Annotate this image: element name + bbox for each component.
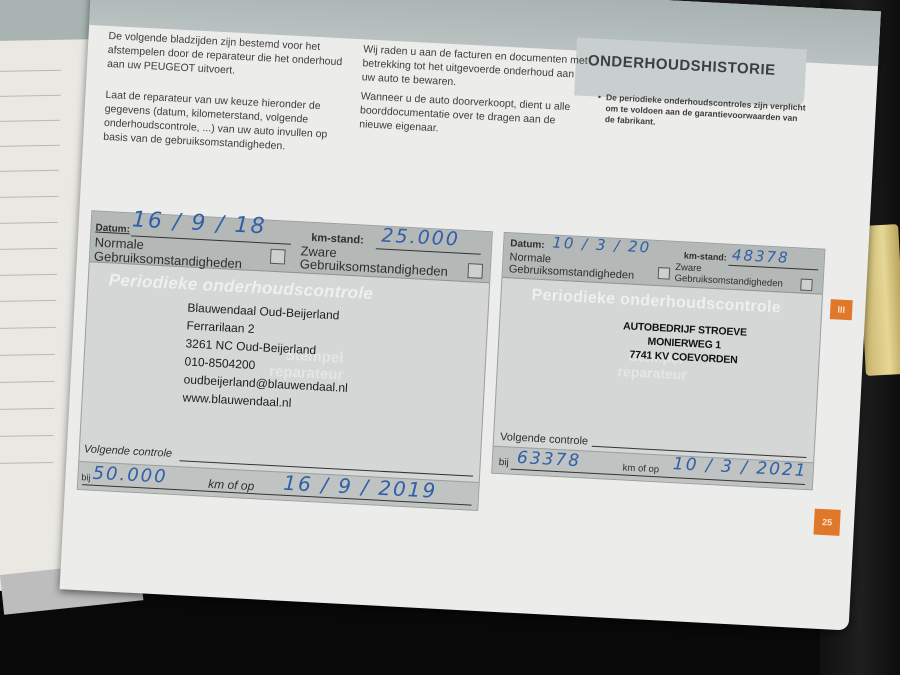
next-km-value: 63378 bbox=[517, 448, 582, 471]
bullet-icon: • bbox=[598, 92, 602, 103]
intro-paragraph: De volgende bladzijden zijn bestemd voor… bbox=[107, 29, 354, 84]
note-line bbox=[0, 408, 54, 410]
next-km-value: 50.000 bbox=[92, 463, 168, 488]
service-entry-1: Datum: 16 / 9 / 18 km-stand: 25.000 Norm… bbox=[77, 210, 493, 511]
heavy-conditions-label-2: Gebruiksomstandigheden bbox=[300, 257, 449, 279]
next-service-label: Volgende controle bbox=[84, 443, 173, 460]
km-value: 48378 bbox=[731, 246, 790, 267]
intro-paragraph: Wanneer u de auto doorverkoopt, dient u … bbox=[359, 89, 586, 143]
note-line bbox=[0, 145, 60, 147]
note-line bbox=[0, 120, 60, 122]
heavy-conditions-checkbox[interactable] bbox=[467, 263, 483, 279]
date-label: Datum: bbox=[510, 238, 545, 251]
page-number: 25 bbox=[813, 509, 840, 536]
date-value: 10 / 3 / 20 bbox=[552, 233, 652, 256]
normal-conditions-checkbox[interactable] bbox=[270, 249, 286, 265]
next-service-label: Volgende controle bbox=[500, 431, 589, 448]
note-line bbox=[0, 170, 59, 172]
note-line bbox=[0, 222, 58, 224]
note-line bbox=[0, 95, 61, 97]
note-line bbox=[0, 354, 55, 356]
intro-paragraph: Wij raden u aan de facturen en documente… bbox=[361, 42, 588, 96]
date-label: Datum: bbox=[95, 223, 130, 236]
dealer-stamp: AUTOBEDRIJF STROEVE MONIERWEG 1 7741 KV … bbox=[608, 319, 760, 369]
km-label: km-stand: bbox=[684, 250, 727, 262]
next-service-band: bij 63378 km of op 10 / 3 / 2021 bbox=[492, 446, 813, 490]
service-entry-2: Datum: 10 / 3 / 20 km-stand: 48378 Norma… bbox=[491, 232, 825, 491]
note-line bbox=[0, 248, 57, 250]
note-line bbox=[0, 462, 53, 464]
normal-conditions-label-2: Gebruiksomstandigheden bbox=[509, 263, 635, 282]
stamp-placeholder-2: reparateur bbox=[617, 363, 687, 383]
page-title: ONDERHOUDSHISTORIE bbox=[587, 52, 776, 79]
normal-conditions-checkbox[interactable] bbox=[658, 267, 671, 280]
note-line bbox=[0, 274, 57, 276]
entry-header: Datum: 10 / 3 / 20 km-stand: 48378 Norma… bbox=[502, 233, 824, 295]
section-watermark: Periodieke onderhoudscontrole bbox=[531, 286, 781, 317]
note-line bbox=[0, 327, 56, 329]
km-or-on-label: km of op bbox=[622, 462, 659, 475]
next-service-band: bij 50.000 km of op 16 / 9 / 2019 bbox=[78, 461, 479, 510]
note-line bbox=[0, 196, 58, 198]
date-value: 16 / 9 / 18 bbox=[131, 207, 267, 239]
note-line bbox=[0, 300, 56, 302]
heavy-conditions-label-2: Gebruiksomstandigheden bbox=[674, 273, 783, 290]
intro-paragraph: Laat de reparateur van uw keuze hieronde… bbox=[103, 88, 351, 157]
km-underline bbox=[376, 248, 481, 254]
next-date-value: 10 / 3 / 2021 bbox=[672, 454, 808, 481]
note-line bbox=[0, 435, 54, 437]
heavy-conditions-checkbox[interactable] bbox=[800, 279, 813, 292]
dealer-stamp: Blauwendaal Oud-Beijerland Ferrarilaan 2… bbox=[182, 300, 352, 413]
km-value: 25.000 bbox=[381, 225, 461, 251]
at-km-label: bij bbox=[81, 472, 91, 482]
note-line bbox=[0, 381, 55, 383]
note-line bbox=[0, 70, 61, 72]
section-watermark: Periodieke onderhoudscontrole bbox=[108, 270, 373, 304]
at-km-label: bij bbox=[498, 457, 509, 469]
maintenance-history-page: ONDERHOUDSHISTORIE De volgende bladzijde… bbox=[60, 0, 881, 630]
section-tab: III bbox=[830, 299, 853, 320]
